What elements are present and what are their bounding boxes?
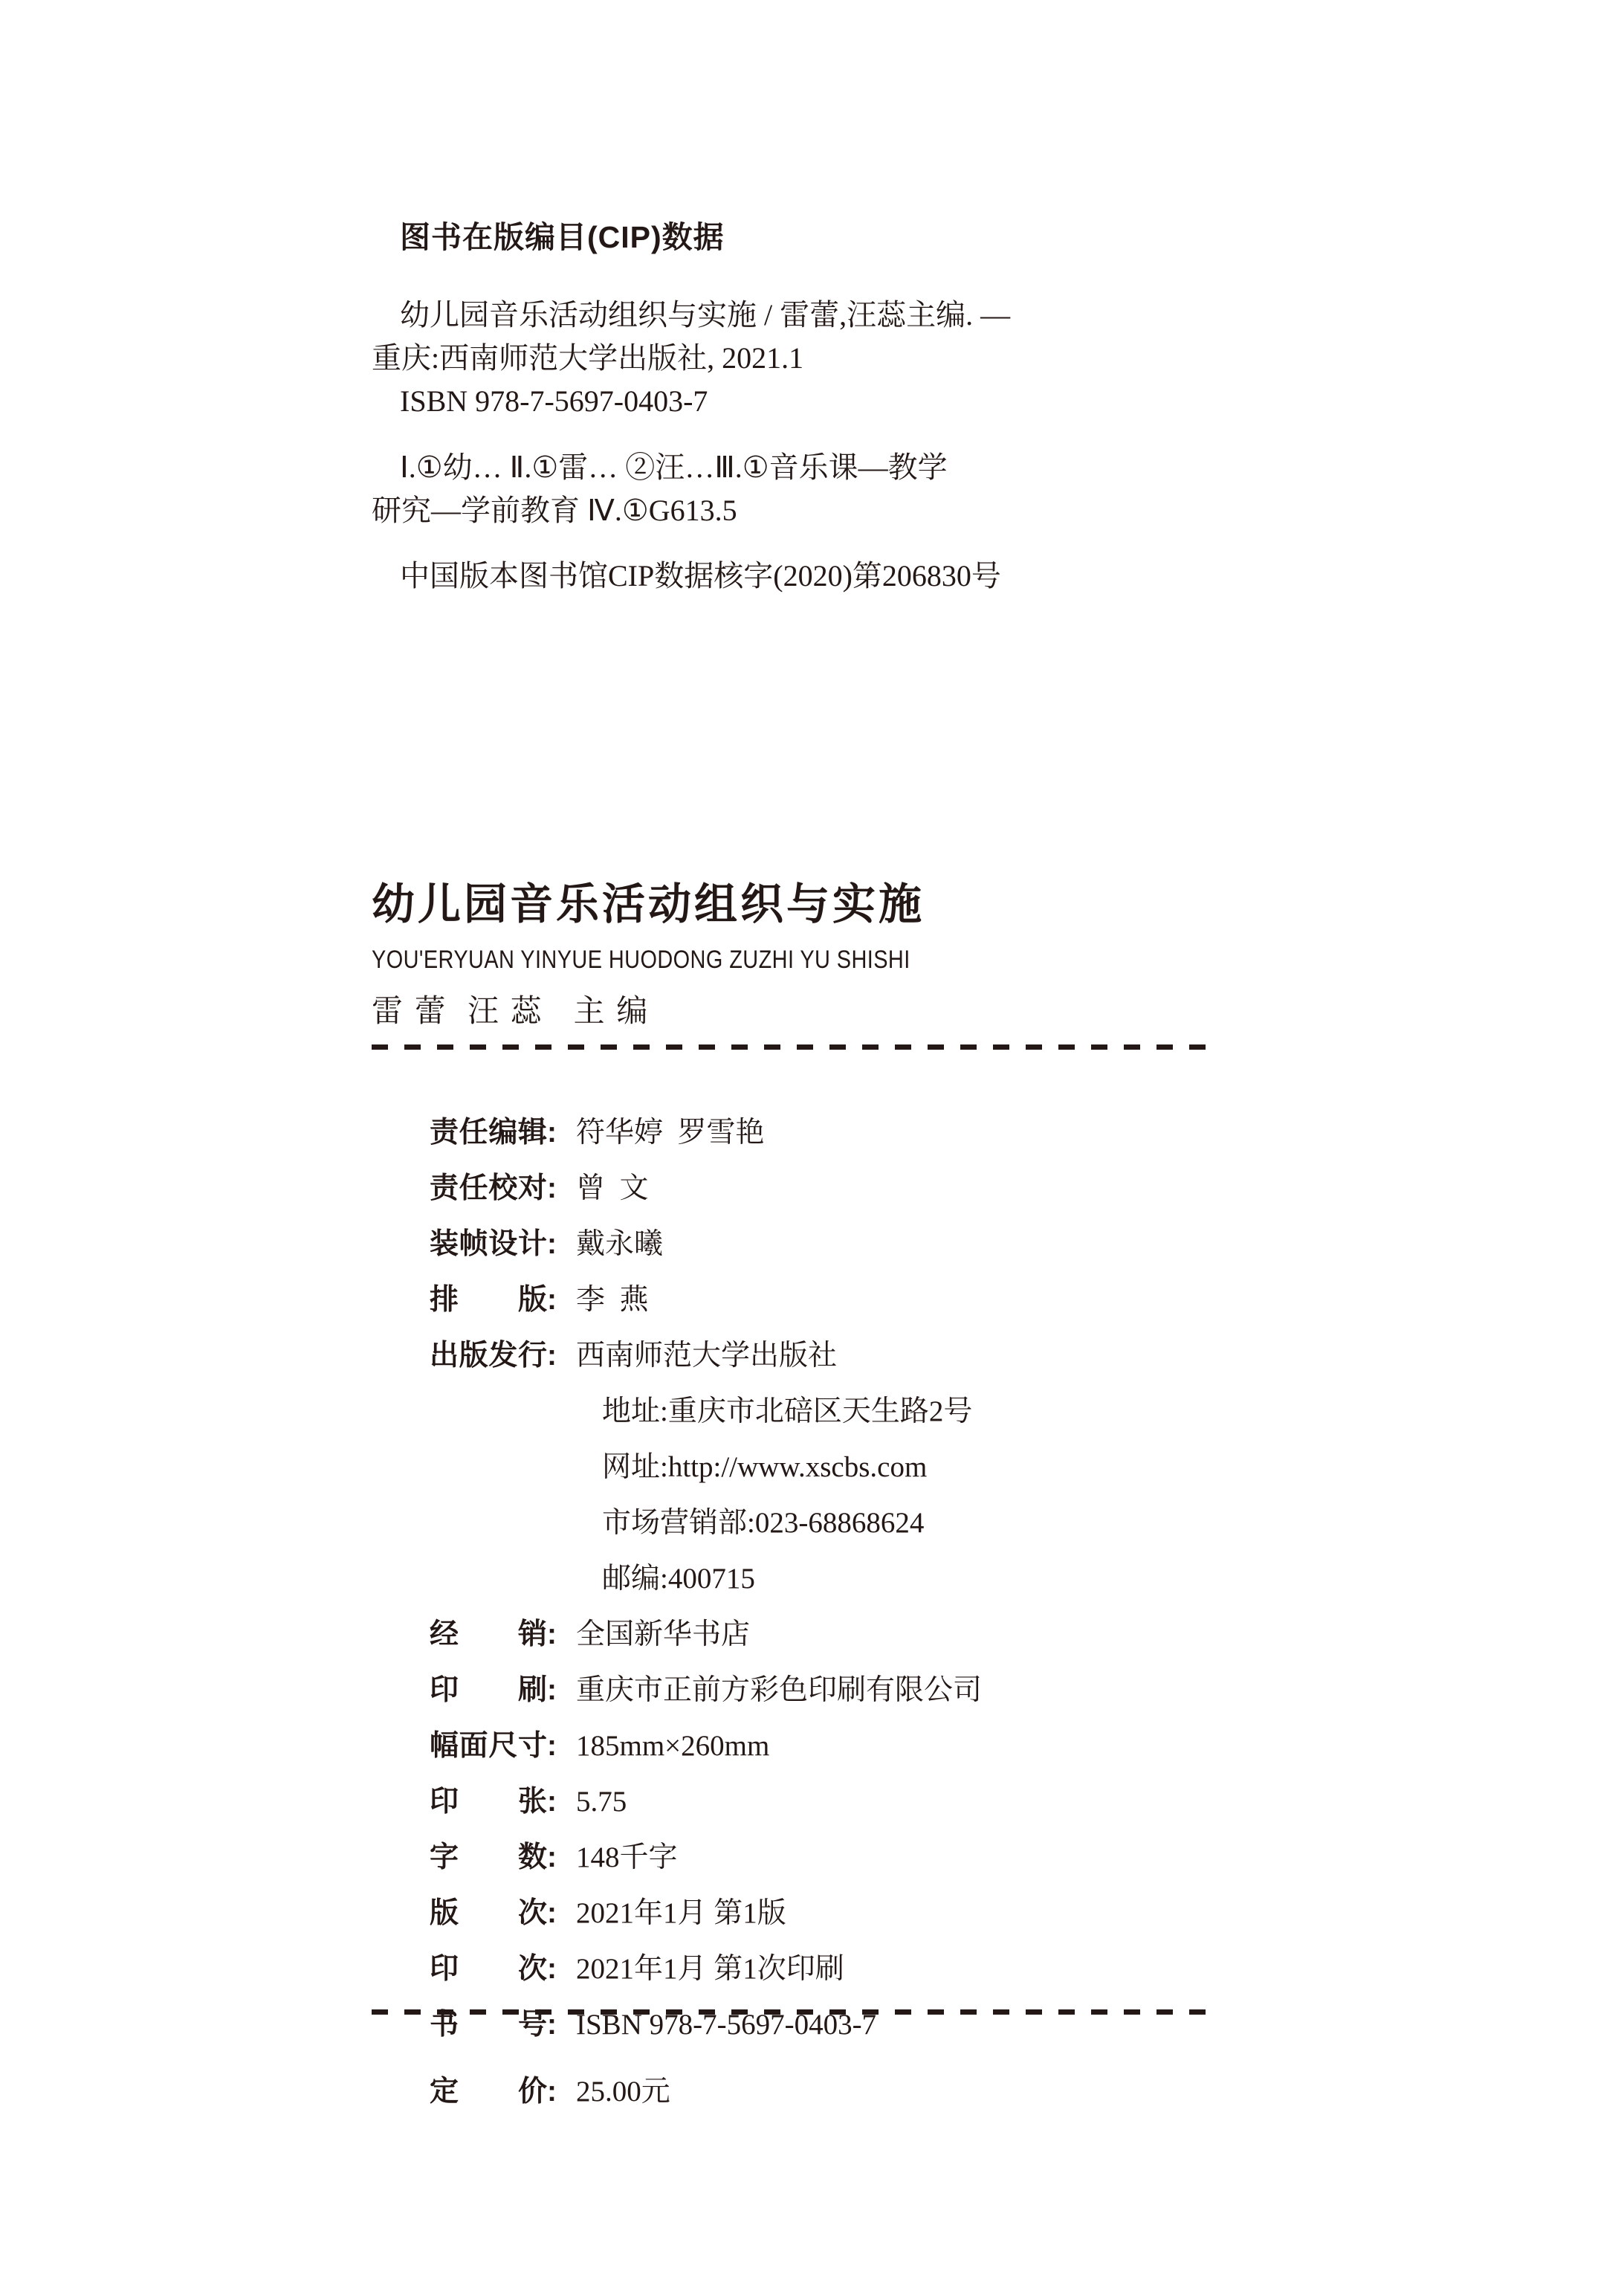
colophon-colon: : — [547, 2009, 557, 2041]
colophon-value: 符华婷 罗雪艳 — [576, 1117, 765, 1149]
colophon-colon: : — [547, 1897, 557, 1929]
colophon-label: 责任校对 — [430, 1169, 547, 1208]
cip-record-number: 中国版本图书馆CIP数据核字(2020)第206830号 — [372, 555, 1301, 598]
colophon-colon: : — [547, 1618, 557, 1650]
colophon-label: 幅面尺寸 — [430, 1727, 547, 1766]
colophon-value: 148千字 — [576, 1841, 678, 1873]
cip-block: 图书在版编目(CIP)数据 幼儿园音乐活动组织与实施 / 雷蕾,汪蕊主编. — … — [372, 219, 1301, 598]
colophon-label: 经销 — [430, 1615, 547, 1654]
colophon-colon: : — [547, 2076, 557, 2108]
colophon-colon: : — [547, 1228, 557, 1260]
colophon-colon: : — [547, 1786, 557, 1818]
colophon-value: 全国新华书店 — [576, 1618, 750, 1650]
cip-header: 图书在版编目(CIP)数据 — [372, 219, 1301, 255]
colophon-colon: : — [547, 1953, 557, 1985]
copyright-page: 图书在版编目(CIP)数据 幼儿园音乐活动组织与实施 / 雷蕾,汪蕊主编. — … — [0, 0, 1624, 2283]
colophon-colon: : — [547, 1841, 557, 1873]
publisher-address: 地址:重庆市北碚区天生路2号 — [602, 1395, 972, 1427]
colophon-value: 戴永曦 — [576, 1228, 663, 1260]
main-column: 幼儿园音乐活动组织与实施 YOU'ERYUAN YINYUE HUODONG Z… — [372, 881, 1226, 2090]
cip-bibliographic-lines: 幼儿园音乐活动组织与实施 / 雷蕾,汪蕊主编. — 重庆:西南师范大学出版社, … — [372, 294, 1301, 423]
publisher-postcode: 邮编:400715 — [602, 1563, 755, 1595]
colophon-label: 责任编辑 — [430, 1114, 547, 1152]
cip-bib-line-1: 幼儿园音乐活动组织与实施 / 雷蕾,汪蕊主编. — — [372, 294, 1301, 337]
colophon-label: 装帧设计 — [430, 1225, 547, 1264]
book-authors: 雷 蕾 汪 蕊 主 编 — [372, 992, 1226, 1030]
colophon-label: 版次 — [430, 1894, 547, 1933]
row-distribution: 经销:全国新华书店 — [372, 1577, 1226, 1615]
colophon-label: 印次 — [430, 1950, 547, 1989]
colophon-colon: : — [547, 1340, 557, 1372]
colophon-colon: : — [547, 1172, 557, 1204]
colophon-colon: : — [547, 1730, 557, 1762]
cip-isbn-line: ISBN 978-7-5697-0403-7 — [372, 380, 1301, 423]
colophon-value: 5.75 — [576, 1786, 627, 1818]
colophon-value: 25.00元 — [576, 2076, 670, 2108]
publisher-website: 网址:http://www.xscbs.com — [602, 1451, 927, 1483]
book-title-pinyin: YOU'ERYUAN YINYUE HUODONG ZUZHI YU SHISH… — [372, 945, 1099, 975]
colophon-value: 李 燕 — [576, 1284, 649, 1316]
colophon-value: 曾 文 — [576, 1172, 649, 1204]
colophon-colon: : — [547, 1117, 557, 1149]
colophon-value: 西南师范大学出版社 — [576, 1340, 837, 1372]
colophon-value: 重庆市正前方彩色印刷有限公司 — [576, 1674, 982, 1706]
colophon-colon: : — [547, 1674, 557, 1706]
colophon-value: 2021年1月 第1版 — [576, 1897, 786, 1929]
cip-class-line-1: Ⅰ.①幼… Ⅱ.①雷… ②汪…Ⅲ.①音乐课—教学 — [372, 446, 1301, 489]
cip-class-line-2: 研究—学前教育 Ⅳ.①G613.5 — [372, 489, 1301, 532]
cip-bib-line-2: 重庆:西南师范大学出版社, 2021.1 — [372, 337, 1301, 380]
colophon-label: 排版 — [430, 1281, 547, 1320]
row-editor: 责任编辑:符华婷 罗雪艳 — [372, 1075, 1226, 1114]
colophon-label: 定价 — [430, 2073, 547, 2111]
colophon-value: ISBN 978-7-5697-0403-7 — [576, 2009, 876, 2041]
book-title: 幼儿园音乐活动组织与实施 — [372, 881, 1226, 929]
colophon-label: 出版发行 — [430, 1337, 547, 1375]
colophon-label: 印张 — [430, 1783, 547, 1821]
colophon-label: 书号 — [430, 2006, 547, 2044]
colophon: 责任编辑:符华婷 罗雪艳 责任校对:曾 文 装帧设计:戴永曦 排版:李 燕 出版… — [372, 1075, 1226, 2073]
colophon-label: 字数 — [430, 1838, 547, 1877]
colophon-colon: : — [547, 1284, 557, 1316]
publisher-marketing-phone: 市场营销部:023-68868624 — [602, 1507, 924, 1539]
colophon-value: 185mm×260mm — [576, 1730, 769, 1762]
cip-classification-lines: Ⅰ.①幼… Ⅱ.①雷… ②汪…Ⅲ.①音乐课—教学 研究—学前教育 Ⅳ.①G613… — [372, 446, 1301, 532]
colophon-label: 印刷 — [430, 1671, 547, 1710]
dashed-divider-top — [372, 1044, 1210, 1050]
colophon-value: 2021年1月 第1次印刷 — [576, 1953, 844, 1985]
